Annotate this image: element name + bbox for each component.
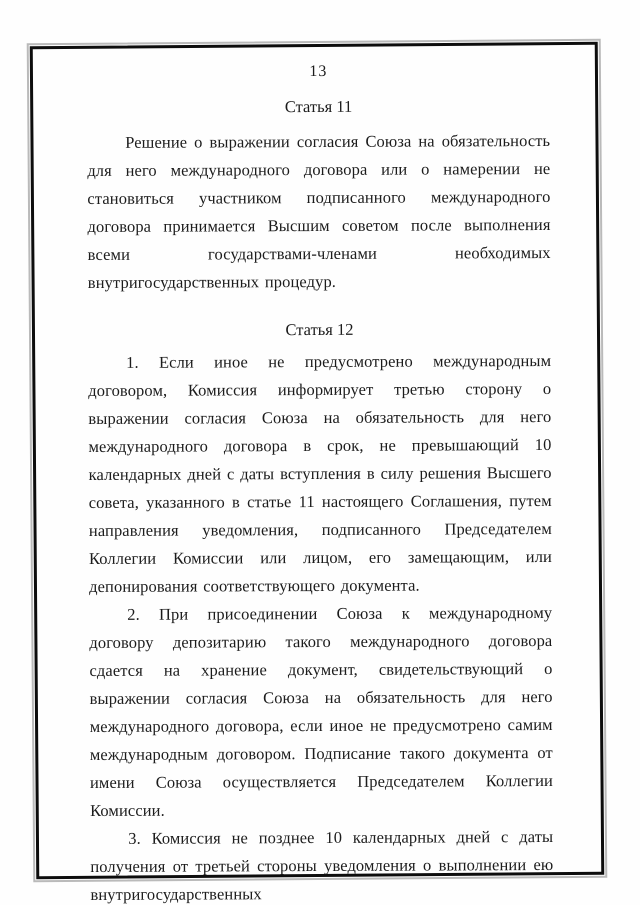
article-12-clause-1: 1. Если иное не предусмотрено международ… <box>88 347 552 601</box>
scanned-document-page: 13 Статья 11 Решение о выражении согласи… <box>0 0 640 905</box>
article-12-clause-2: 2. При присоединении Союза к международн… <box>89 599 553 825</box>
article-11-paragraph: Решение о выражении согласия Союза на об… <box>87 127 551 297</box>
article-12-clause-3: 3. Комиссия не позднее 10 календарных дн… <box>90 823 553 905</box>
article-11-heading: Статья 11 <box>87 92 550 122</box>
page-border-frame: 13 Статья 11 Решение о выражении согласи… <box>30 42 605 879</box>
article-12-heading: Статья 12 <box>88 315 551 345</box>
page-number: 13 <box>87 59 550 85</box>
page-content: 13 Статья 11 Решение о выражении согласи… <box>33 46 599 875</box>
